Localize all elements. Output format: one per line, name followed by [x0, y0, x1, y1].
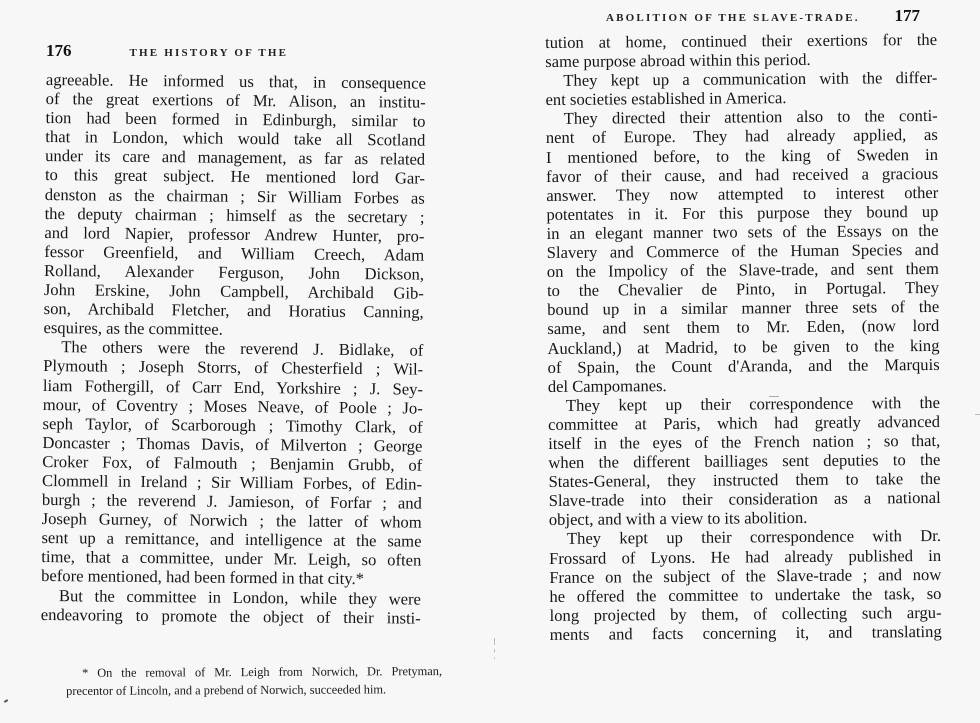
footnote: * On the removal of Mr. Leigh from Norwi… — [66, 662, 442, 700]
running-head-title: ABOLITION OF THE SLAVE-TRADE. — [606, 12, 860, 24]
text-line: * On the removal of Mr. Leigh from Norwi… — [66, 662, 442, 682]
text-line: Slave-trade into their consideration as … — [549, 488, 941, 510]
edge-scan-mark — [975, 414, 980, 415]
left-page: 176 THE HISTORY OF THE agreeable. He inf… — [0, 0, 490, 723]
page-number: 177 — [895, 6, 921, 26]
right-running-head: ABOLITION OF THE SLAVE-TRADE. 177 — [606, 6, 920, 26]
stray-dash-mark — [769, 396, 779, 397]
text-line: ments and facts concerning it, and trans… — [550, 622, 942, 644]
left-body-text: agreeable. He informed us that, in conse… — [41, 70, 426, 627]
text-line: They kept up their correspondence with D… — [549, 526, 941, 548]
text-line: tution at home, continued their exertion… — [545, 30, 937, 52]
page-number: 176 — [46, 41, 72, 61]
gutter-scan-mark — [494, 638, 495, 662]
running-head-title: THE HISTORY OF THE — [130, 47, 289, 59]
text-line: endeavoring to promote the object of the… — [41, 605, 421, 628]
left-running-head: 176 THE HISTORY OF THE — [46, 41, 426, 61]
text-line: They kept up a communication with the di… — [545, 68, 937, 90]
text-line: Frossard of Lyons. He had already publis… — [549, 545, 941, 567]
text-line: precentor of Lincoln, and a prebend of N… — [66, 680, 442, 700]
text-line: I mentioned before, to the king of Swede… — [546, 144, 938, 166]
text-line: of Spain, the Count d'Aranda, and the Ma… — [548, 355, 940, 377]
right-body-text: tution at home, continued their exertion… — [545, 30, 942, 644]
right-page: ABOLITION OF THE SLAVE-TRADE. 177 tution… — [490, 0, 980, 723]
text-line: Auckland,) at Madrid, to be given to the… — [547, 335, 939, 357]
text-line: same, and sent them to Mr. Eden, (now lo… — [547, 316, 939, 338]
text-line: nent of Europe. They had already applied… — [546, 125, 938, 147]
